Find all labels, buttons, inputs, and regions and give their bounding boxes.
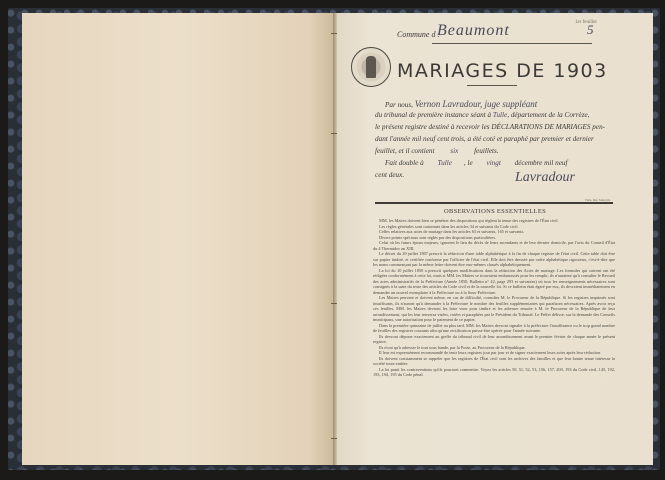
observations-title: OBSERVATIONS ESSENTIELLES [337, 208, 653, 215]
left-blank-page [22, 13, 334, 465]
republique-seal-icon [351, 47, 391, 87]
obs-paragraph: Les Maires peuvent et doivent même, en c… [373, 295, 615, 323]
para-line-2: du tribunal de première instance séant à… [375, 111, 589, 119]
obs-paragraph: La loi du 10 juillet 1850 a prescrit que… [373, 268, 615, 296]
commune-label: Commune d . [397, 30, 439, 39]
commune-underline [432, 43, 592, 44]
obs-paragraph: Celui où les futurs époux majeurs, ignor… [373, 240, 615, 251]
magistrate-signature: Lavradour [515, 170, 575, 186]
obs-paragraph: Il leur est expressément recommandé de t… [373, 350, 615, 356]
para-line-3: le présent registre destiné à recevoir l… [375, 123, 605, 131]
title-ornament [467, 85, 517, 86]
obs-paragraph: Le décret du 20 juillet 1807 prescrit la… [373, 251, 615, 268]
para-line-6: Fait double à Tulle, le vingt décembre m… [385, 159, 568, 167]
obs-paragraph: La loi punit les contraventions qu'ils p… [373, 367, 615, 378]
section-divider [375, 202, 613, 204]
register-title: MARIAGES DE 1903 [397, 60, 608, 82]
para-line-1: Par nous, Vernon Lavradour, juge suppléa… [385, 99, 537, 109]
register-title-page: Commune d . Beaumont 1er feuillet 5 MARI… [337, 13, 653, 465]
para-line-4: dant l'année mil neuf cent trois, a été … [375, 135, 594, 143]
commune-name-handwritten: Beaumont [437, 22, 510, 40]
para-line-7: cent deux. [375, 171, 404, 179]
obs-paragraph: Ils doivent constamment se rappeler que … [373, 356, 615, 367]
folio-number-handwritten: 5 [587, 22, 594, 38]
obs-paragraph: Dans la première quinzaine de juillet au… [373, 323, 615, 334]
para-line-5: feuillet, et il contient six feuillets. [375, 147, 499, 155]
observations-body: MM. les Maires doivent bien se pénétrer … [373, 218, 615, 378]
obs-paragraph: Ils devront déposer exactement au greffe… [373, 334, 615, 345]
